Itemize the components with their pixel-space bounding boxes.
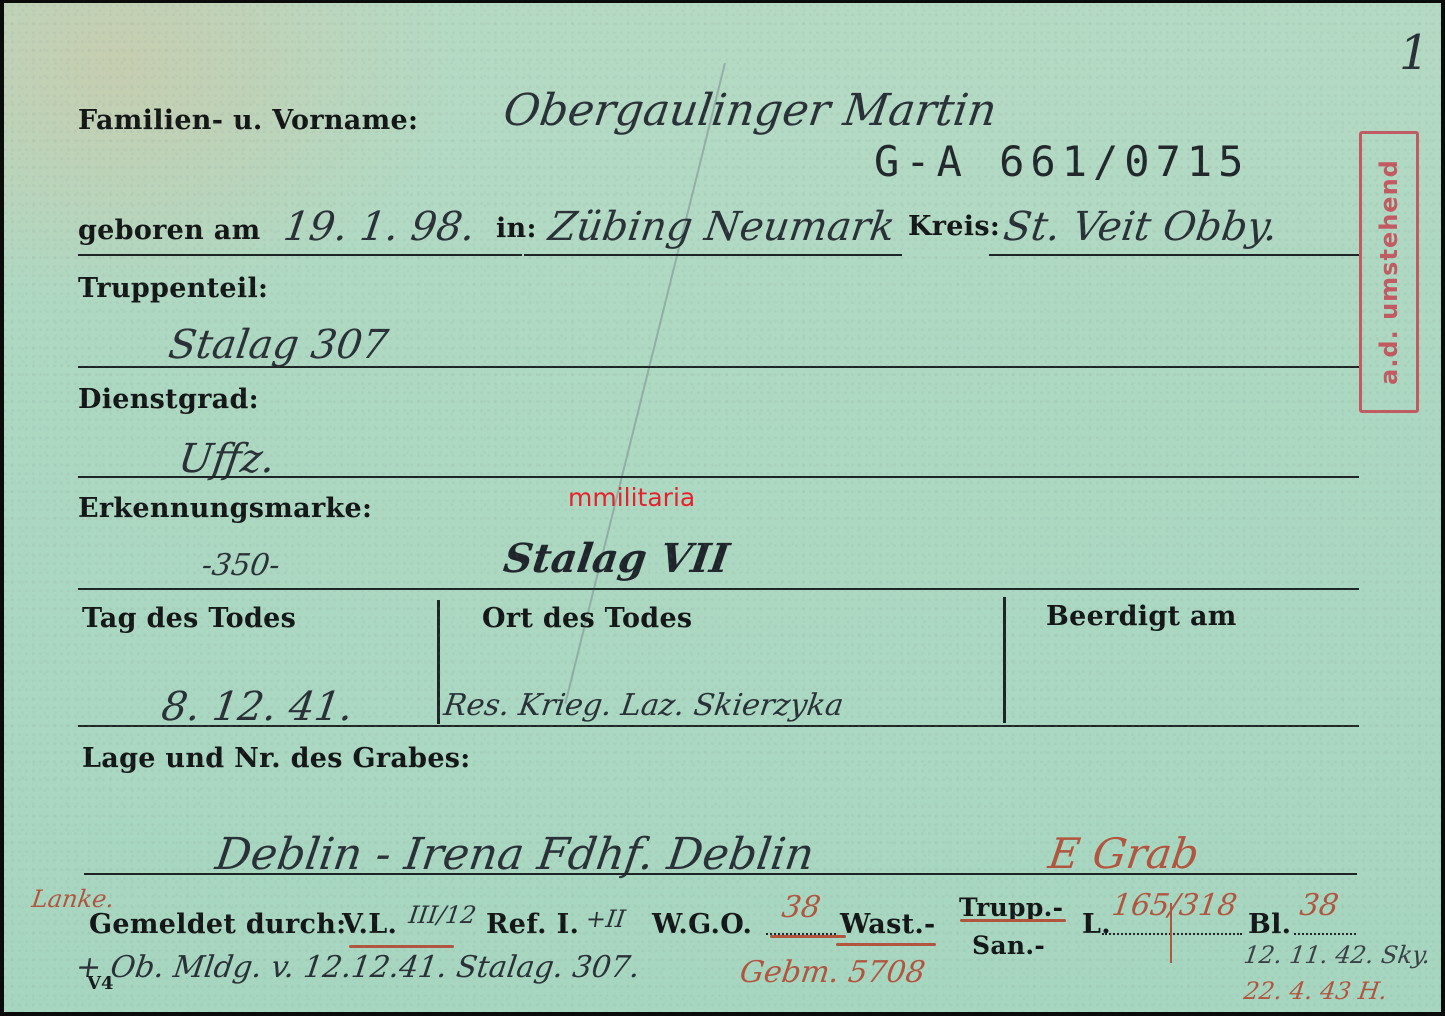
- unit-line: [78, 366, 1359, 368]
- rubber-stamp: a.d. umstehend: [1359, 131, 1419, 413]
- name-value: Obergaulinger Martin: [501, 89, 999, 133]
- death-record-card: 1 Familien- u. Vorname: Obergaulinger Ma…: [4, 3, 1441, 1012]
- wast-red-underline: [836, 943, 936, 946]
- grave-line: [84, 873, 1357, 875]
- grave-value: Deblin - Irena Fdhf. Deblin: [213, 833, 817, 877]
- ref-label: Ref. I.: [486, 911, 579, 938]
- bl-label: Bl.: [1248, 911, 1291, 938]
- wgo-label: W.G.O.: [652, 911, 752, 938]
- id-tag-line: [78, 588, 1359, 590]
- born-date-label: geboren am: [78, 217, 260, 244]
- death-divider-2: [1003, 597, 1006, 723]
- watermark: mmilitaria: [568, 483, 695, 512]
- buried-on-label: Beerdigt am: [1046, 603, 1237, 630]
- typed-reference-number: G-A 661/0715: [874, 141, 1249, 183]
- death-day-label: Tag des Todes: [82, 605, 296, 632]
- id-tag-camp: Stalag VII: [501, 539, 731, 579]
- date-note-1: 12. 11. 42. Sky.: [1242, 943, 1432, 967]
- district-label: Kreis:: [908, 213, 1000, 240]
- death-place-value: Res. Krieg. Laz. Skierzyka: [442, 691, 845, 721]
- id-tag-value: -350-: [200, 551, 282, 581]
- l-dotted-line: [1102, 933, 1242, 935]
- date-note-2: 22. 4. 43 H.: [1242, 979, 1388, 1003]
- ref-value: +II: [584, 907, 626, 931]
- red-margin-note: Lanke.: [30, 887, 115, 911]
- corner-number: 1: [1399, 25, 1430, 81]
- grave-label: Lage und Nr. des Grabes:: [82, 745, 471, 772]
- unit-label: Truppenteil:: [78, 275, 268, 302]
- unit-value: Stalag 307: [166, 325, 390, 365]
- born-place-value: Zübing Neumark: [546, 207, 897, 247]
- death-divider-1: [437, 600, 440, 724]
- vl-label: V.L.: [342, 911, 397, 938]
- death-day-value: 8. 12. 41.: [159, 687, 355, 727]
- red-number-note: Gebm. 5708: [738, 958, 927, 988]
- death-place-label: Ort des Todes: [482, 605, 692, 632]
- rank-label: Dienstgrad:: [78, 386, 259, 413]
- district-value: St. Veit Obby.: [1001, 207, 1280, 247]
- vl-value: III/12: [407, 903, 477, 927]
- l-value: 165/318: [1110, 891, 1239, 921]
- born-date-value: 19. 1. 98.: [281, 207, 477, 247]
- district-line: [989, 254, 1359, 256]
- trupp-label: Trupp.-: [959, 895, 1063, 920]
- stamp-text: a.d. umstehend: [1375, 142, 1403, 402]
- form-code: V4: [87, 973, 114, 994]
- san-label: San.-: [972, 933, 1045, 958]
- born-date-line: [78, 254, 522, 256]
- wgo-red-underline: [770, 935, 846, 938]
- bl-dotted-line: [1294, 933, 1356, 935]
- rank-value: Uffz.: [176, 439, 277, 479]
- born-place-label: in:: [496, 215, 537, 242]
- born-place-line: [524, 254, 902, 256]
- l-red-slash: [1170, 903, 1172, 963]
- vl-red-underline: [349, 945, 454, 948]
- id-tag-label: Erkennungsmarke:: [78, 495, 372, 522]
- grave-red-note: E Grab: [1046, 833, 1201, 875]
- reported-hand-note: + Ob. Mldg. v. 12.12.41. Stalag. 307.: [74, 953, 642, 983]
- death-row-line: [78, 725, 1359, 727]
- wast-label: Wast.-: [840, 911, 936, 938]
- wgo-value: 38: [780, 893, 822, 923]
- trupp-red-underline: [960, 919, 1066, 922]
- rank-line: [78, 476, 1359, 478]
- name-label: Familien- u. Vorname:: [78, 107, 418, 134]
- bl-value: 38: [1298, 891, 1340, 921]
- reported-by-label: Gemeldet durch:: [89, 911, 346, 938]
